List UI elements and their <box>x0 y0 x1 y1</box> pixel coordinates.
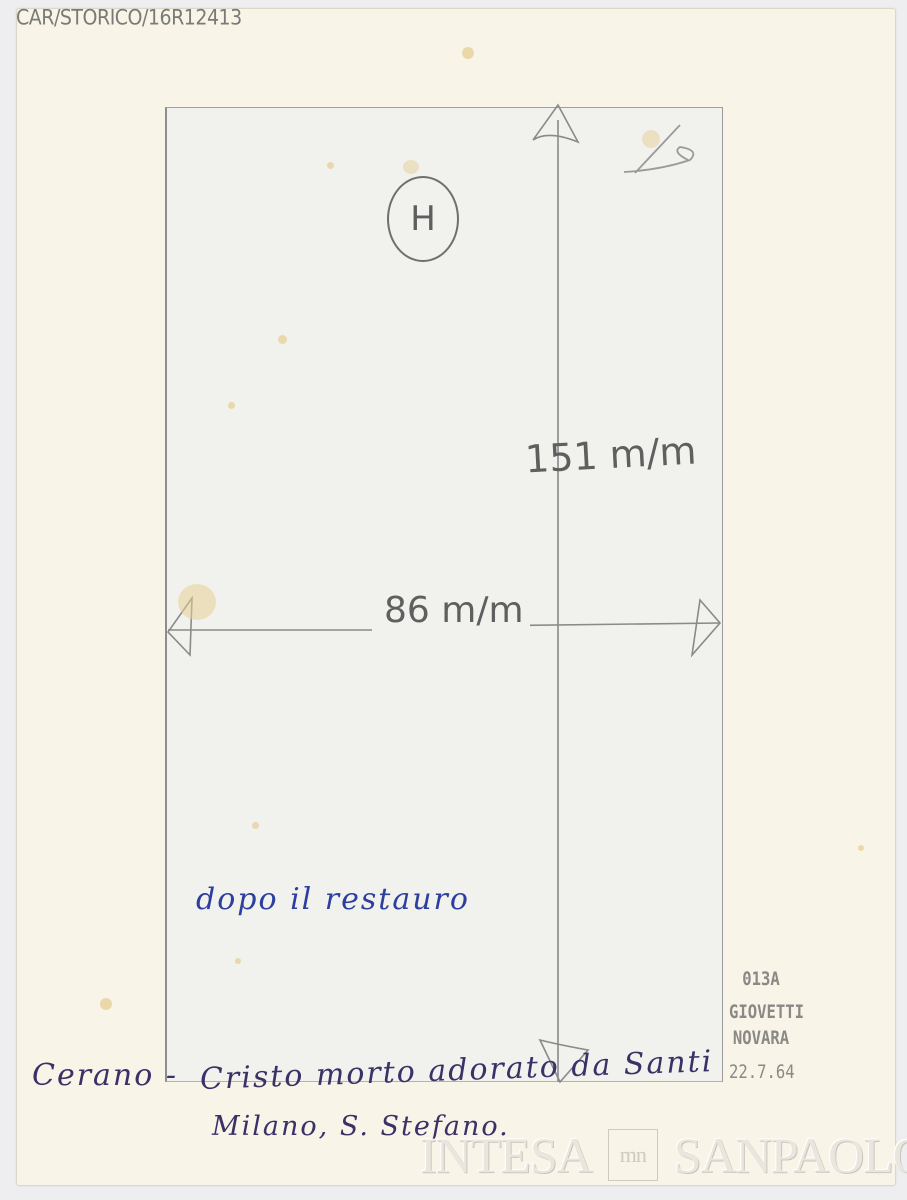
foxing-spot <box>228 402 235 409</box>
circled-letter-mark: H <box>387 176 459 262</box>
foxing-spot <box>642 130 660 148</box>
circled-letter: H <box>410 199 436 239</box>
foxing-spot <box>235 958 241 964</box>
foxing-spot <box>327 162 334 169</box>
arrow-up-icon <box>533 105 578 142</box>
stamp-date: 22.7.64 <box>729 1059 793 1085</box>
arrow-right-icon <box>692 600 720 655</box>
foxing-spot <box>278 335 287 344</box>
photographer-stamp: 013A GIOVETTI NOVARA 22.7.64 <box>722 966 800 1085</box>
foxing-spot <box>858 845 864 851</box>
stamp-city: NOVARA <box>729 1025 793 1051</box>
foxing-spot <box>100 998 112 1010</box>
width-dimension-label: 86 m/m <box>378 590 530 631</box>
watermark: INTESA mn SANPAOLO <box>420 1128 907 1182</box>
restoration-note: dopo il restauro <box>196 882 470 917</box>
bank-logo-icon: mn <box>608 1129 658 1181</box>
foxing-spot <box>403 160 419 174</box>
stamp-code: 013A <box>729 966 793 992</box>
watermark-left: INTESA <box>420 1126 592 1184</box>
stamp-studio: GIOVETTI <box>729 999 793 1025</box>
watermark-right: SANPAOLO <box>674 1126 907 1184</box>
caption-artist: Cerano - <box>32 1058 178 1093</box>
foxing-spot <box>178 584 216 620</box>
foxing-spot <box>252 822 259 829</box>
foxing-spot <box>462 47 474 59</box>
height-dimension-label: 151 m/m <box>524 429 698 482</box>
